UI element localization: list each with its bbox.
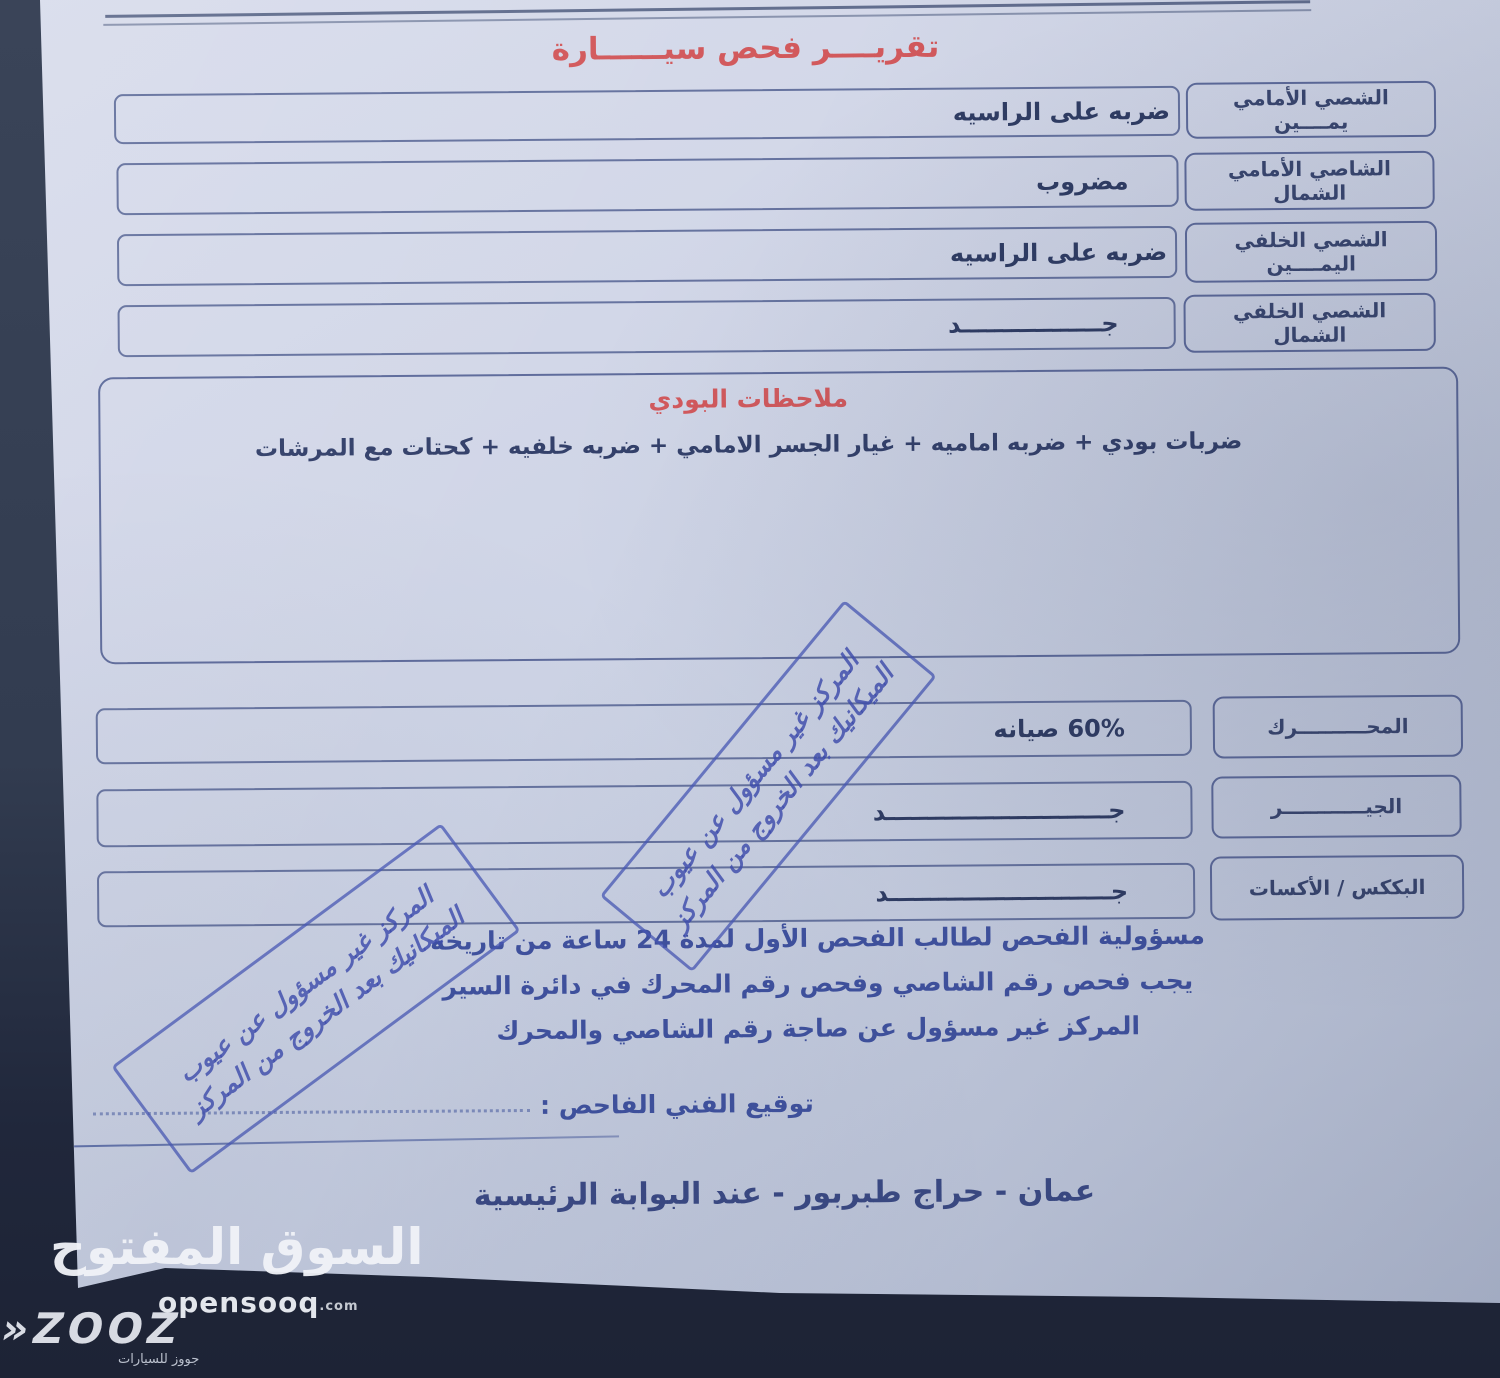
value-engine: 60% صيانه [993, 714, 1190, 744]
label-chassis-rear-left: الشصي الخلفي الشمال [1183, 293, 1435, 353]
photo-of-inspection-form: تقريــــر فحص سيــــــارة الشصي الأمامي … [0, 0, 1500, 1378]
center-address: عمان - حراج طبربور - عند البوابة الرئيسي… [304, 1172, 1264, 1215]
label-gearbox: الجيــــــــــــر [1211, 775, 1461, 839]
label-engine: المحــــــــــرك [1213, 695, 1463, 759]
value-box-chassis-front-left: مضروب [116, 155, 1178, 215]
disclaimer-line-3: المركز غير مسؤول عن صاجة رقم الشاصي والم… [263, 1001, 1373, 1055]
value-axles: جـــــــــــــــــــــــــــد [875, 877, 1193, 907]
value-box-engine: 60% صيانه [96, 700, 1192, 765]
value-box-gearbox: جـــــــــــــــــــــــــــد [96, 781, 1192, 848]
value-box-chassis-rear-right: ضربه على الراسيه [117, 226, 1177, 286]
value-chassis-rear-left: جـــــــــــــــــد [948, 309, 1174, 339]
form-content: تقريــــر فحص سيــــــارة الشصي الأمامي … [0, 0, 1500, 1378]
value-chassis-rear-right: ضربه على الراسيه [950, 238, 1175, 268]
top-rule-line [105, 0, 1310, 18]
label-chassis-front-right: الشصي الأمامي يمــــين [1186, 81, 1436, 139]
opensooq-domain-logo: opensooq.com [158, 1286, 359, 1319]
value-chassis-front-left: مضروب [1036, 167, 1177, 196]
paper-sheet: تقريــــر فحص سيــــــارة الشصي الأمامي … [0, 0, 1500, 1378]
value-chassis-front-right: ضربه على الراسيه [953, 97, 1178, 127]
value-box-chassis-rear-left: جـــــــــــــــــد [118, 297, 1176, 357]
pen-scribble-line [74, 1135, 619, 1147]
label-chassis-rear-right: الشصي الخلفي اليمــــين [1185, 221, 1437, 283]
value-gearbox: جـــــــــــــــــــــــــــد [873, 796, 1191, 826]
opensooq-domain-tld: .com [319, 1299, 358, 1314]
top-rule-line-2 [103, 9, 1311, 26]
value-box-chassis-front-right: ضربه على الراسيه [114, 86, 1180, 144]
label-chassis-front-left: الشاصي الأمامي الشمال [1184, 151, 1434, 211]
signature-label: توقيع الفني الفاحص : [540, 1089, 814, 1120]
zooz-logo-subtitle: جووز للسيارات [118, 1352, 199, 1367]
opensooq-arabic-logo: السوق المفتوح [50, 1218, 423, 1276]
zooz-logo: »ZOOZ [0, 1304, 187, 1353]
page-title: تقريــــر فحص سيــــــارة [0, 24, 1496, 72]
